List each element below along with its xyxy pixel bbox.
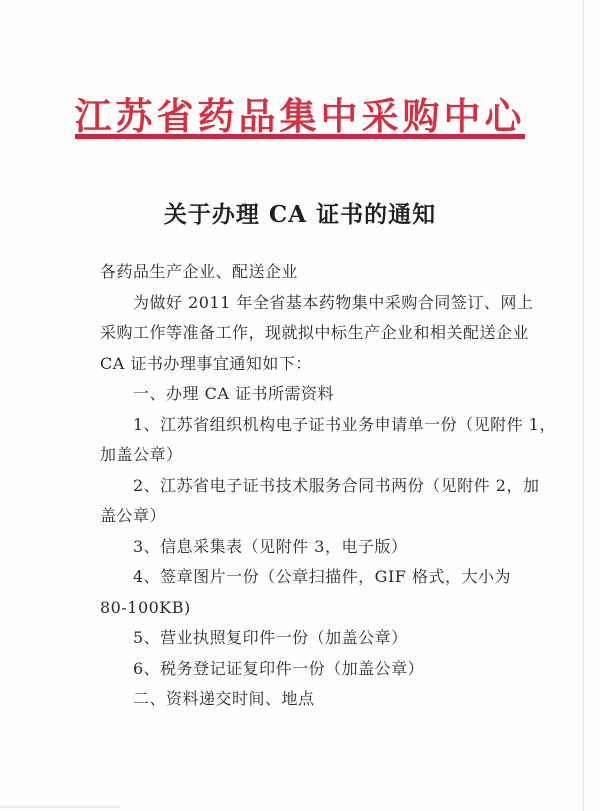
document-title: 关于办理 CA 证书的通知	[0, 196, 600, 229]
body-line-item-1b: 加盖公章）	[100, 440, 520, 471]
scan-edge-artifact-right	[583, 0, 584, 811]
scan-edge-artifact-bottom	[0, 806, 120, 808]
body-line-item-2b: 盖公章）	[100, 501, 520, 532]
header-rule-line	[75, 134, 525, 139]
body-line-salutation: 各药品生产企业、配送企业	[100, 257, 520, 288]
body-line-item-4a: 4、签章图片一份（公章扫描件，GIF 格式，大小为	[100, 562, 520, 593]
scanned-notice-page: 江苏省药品集中采购中心 关于办理 CA 证书的通知 各药品生产企业、配送企业 为…	[0, 0, 600, 811]
body-line-section-1: 一、办理 CA 证书所需资料	[100, 379, 520, 410]
body-line-item-1a: 1、江苏省组织机构电子证书业务申请单一份（见附件 1，	[100, 410, 520, 441]
body-line-item-6: 6、税务登记证复印件一份（加盖公章）	[100, 654, 520, 685]
body-line-intro-3: CA 证书办理事宜通知如下：	[100, 349, 520, 380]
body-line-item-2a: 2、江苏省电子证书技术服务合同书两份（见附件 2，加	[100, 471, 520, 502]
organization-header-title: 江苏省药品集中采购中心	[0, 86, 600, 140]
body-line-item-3: 3、信息采集表（见附件 3，电子版）	[100, 532, 520, 563]
body-line-section-2: 二、资料递交时间、地点	[100, 684, 520, 715]
body-line-intro-2: 采购工作等准备工作，现就拟中标生产企业和相关配送企业	[100, 318, 520, 349]
body-line-item-5: 5、营业执照复印件一份（加盖公章）	[100, 623, 520, 654]
body-line-item-4b: 80-100KB)	[100, 593, 520, 624]
document-body: 各药品生产企业、配送企业 为做好 2011 年全省基本药物集中采购合同签订、网上…	[100, 257, 520, 715]
body-line-intro-1: 为做好 2011 年全省基本药物集中采购合同签订、网上	[100, 288, 520, 319]
